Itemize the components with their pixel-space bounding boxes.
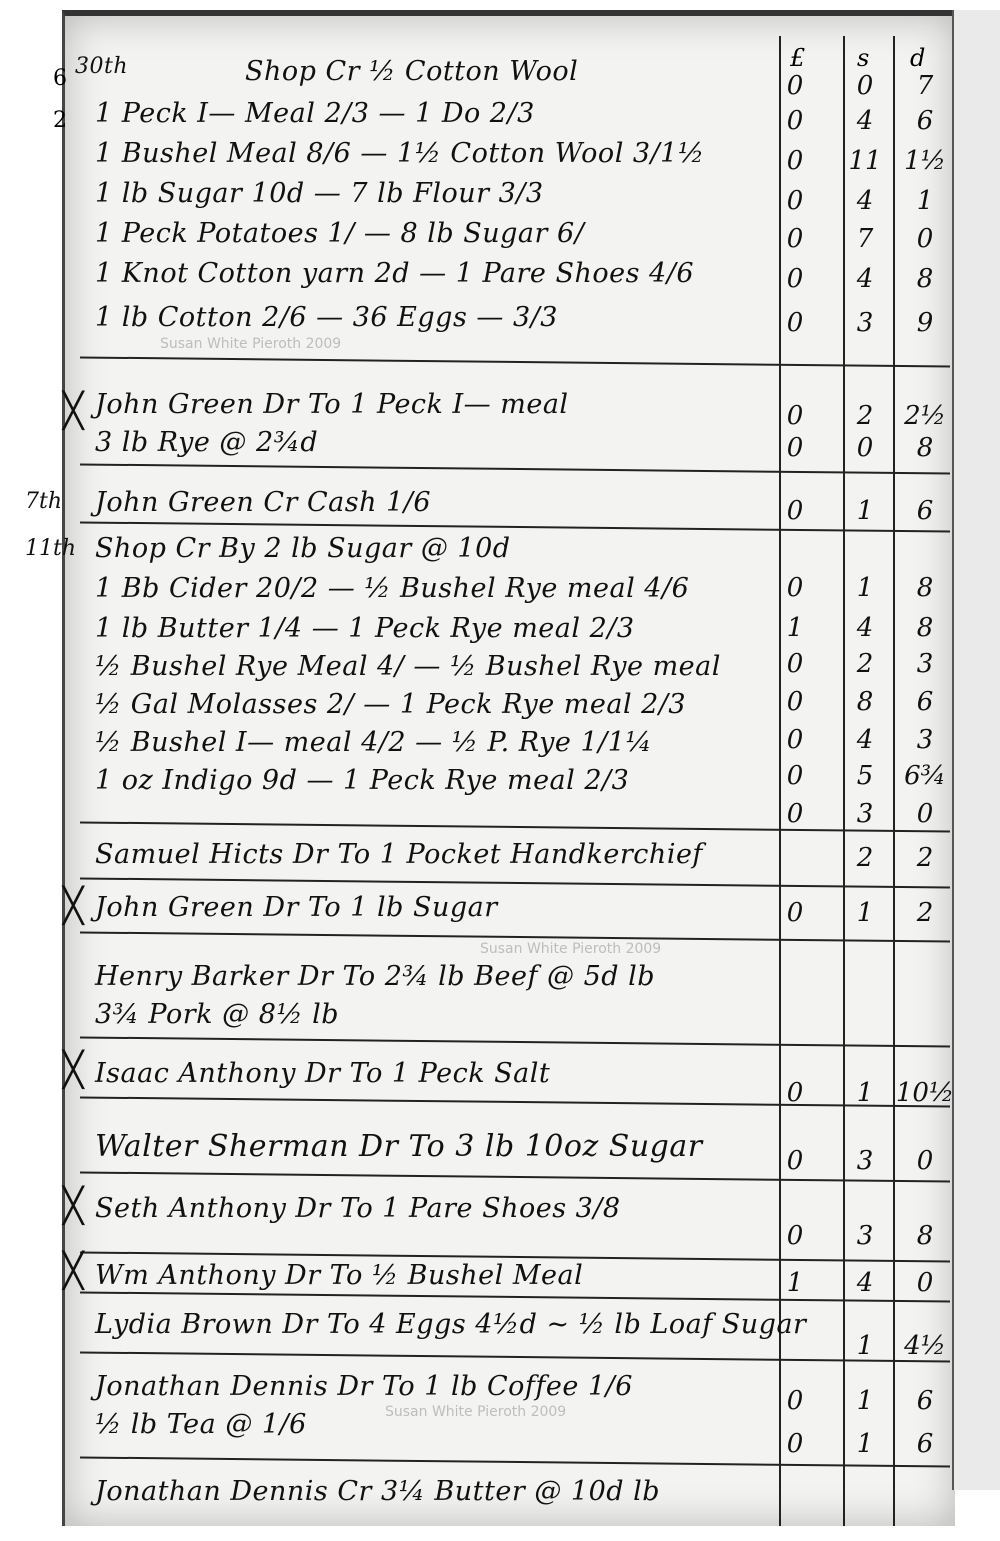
amount-pounds: 0 [765, 224, 825, 254]
amount-shillings: 3 [835, 1221, 895, 1251]
amount-shillings: 0 [835, 433, 895, 463]
amount-pence: 4½ [895, 1331, 955, 1361]
crossed-out-mark-icon: ╳ [63, 886, 83, 926]
amount-pounds: 0 [765, 1221, 825, 1251]
amount-pence: 6 [895, 1386, 955, 1416]
amount-pence: 8 [895, 613, 955, 643]
entry-line: 1 oz Indigo 9d — 1 Peck Rye meal 2/3 [95, 765, 629, 796]
amount-shillings: 3 [835, 799, 895, 829]
pence-header: d [910, 44, 925, 72]
adjacent-page-edge [952, 10, 1000, 1490]
amount-shillings: 3 [835, 1146, 895, 1176]
amount-pence: 1½ [895, 146, 955, 176]
entry-line: Isaac Anthony Dr To 1 Peck Salt [95, 1058, 550, 1089]
amount-shillings: 7 [835, 224, 895, 254]
entry-line: Jonathan Dennis Dr To 1 lb Coffee 1/6 [95, 1371, 633, 1402]
entry-line: 1 Bb Cider 20/2 — ½ Bushel Rye meal 4/6 [95, 573, 689, 604]
amount-pence: 0 [895, 1146, 955, 1176]
entry-line: Henry Barker Dr To 2¾ lb Beef @ 5d lb [95, 961, 655, 992]
entry-divider [80, 356, 950, 367]
amount-pounds: 0 [765, 725, 825, 755]
entry-line: 1 lb Butter 1/4 — 1 Peck Rye meal 2/3 [95, 613, 635, 644]
amount-pounds: 0 [765, 1386, 825, 1416]
amount-shillings: 4 [835, 264, 895, 294]
amount-shillings: 4 [835, 106, 895, 136]
amount-shillings: 4 [835, 186, 895, 216]
amount-pounds: 0 [765, 496, 825, 526]
amount-pounds: 0 [765, 433, 825, 463]
entry-line: Samuel Hicts Dr To 1 Pocket Handkerchief [95, 839, 703, 870]
amount-shillings: 0 [835, 71, 895, 101]
amount-shillings: 1 [835, 1386, 895, 1416]
entry-divider [80, 463, 950, 474]
amount-pence: 2½ [895, 401, 955, 431]
watermark: Susan White Pieroth 2009 [480, 941, 661, 957]
amount-pence: 0 [895, 799, 955, 829]
amount-shillings: 4 [835, 725, 895, 755]
amount-pence: 6¾ [895, 761, 955, 791]
amount-pence: 2 [895, 898, 955, 928]
entry-line: 3 lb Rye @ 2¾d [95, 427, 318, 458]
pounds-header: £ [790, 44, 805, 72]
amount-shillings: 1 [835, 573, 895, 603]
margin-note: 6 [53, 66, 67, 91]
entry-line: 3¾ Pork @ 8½ lb [95, 999, 339, 1030]
amount-pence: 3 [895, 725, 955, 755]
amount-pence: 0 [895, 1268, 955, 1298]
entry-line: Jonathan Dennis Cr 3¼ Butter @ 10d lb [95, 1476, 660, 1507]
amount-pounds: 0 [765, 687, 825, 717]
margin-note: 2 [53, 108, 67, 133]
amount-pounds: 0 [765, 401, 825, 431]
amount-pounds: 0 [765, 898, 825, 928]
amount-pounds: 0 [765, 649, 825, 679]
amount-shillings: 5 [835, 761, 895, 791]
entry-line: ½ Gal Molasses 2/ — 1 Peck Rye meal 2/3 [95, 689, 686, 720]
amount-pence: 6 [895, 496, 955, 526]
amount-shillings: 2 [835, 649, 895, 679]
entry-line: 1 lb Sugar 10d — 7 lb Flour 3/3 [95, 178, 544, 209]
crossed-out-mark-icon: ╳ [63, 1251, 83, 1291]
amount-pence: 8 [895, 573, 955, 603]
amount-pence: 10½ [895, 1078, 955, 1108]
amount-pounds: 0 [765, 573, 825, 603]
entry-line: John Green Dr To 1 lb Sugar [95, 892, 498, 923]
amount-shillings: 4 [835, 613, 895, 643]
entry-line: Shop Cr ½ Cotton Wool [245, 56, 578, 87]
amount-pence: 7 [895, 71, 955, 101]
entry-line: Walter Sherman Dr To 3 lb 10oz Sugar [95, 1129, 703, 1164]
crossed-out-mark-icon: ╳ [63, 391, 83, 431]
amount-pounds: 1 [765, 1268, 825, 1298]
amount-shillings: 8 [835, 687, 895, 717]
amount-pounds: 0 [765, 71, 825, 101]
entry-line: Seth Anthony Dr To 1 Pare Shoes 3/8 [95, 1193, 621, 1224]
entry-line: 1 Bushel Meal 8/6 — 1½ Cotton Wool 3/1½ [95, 138, 705, 169]
amount-shillings: 11 [835, 146, 895, 176]
entry-line: John Green Dr To 1 Peck I— meal [95, 389, 569, 420]
entry-line: 1 Peck I— Meal 2/3 — 1 Do 2/3 [95, 98, 535, 129]
amount-shillings: 2 [835, 843, 895, 873]
entry-line: ½ Bushel Rye Meal 4/ — ½ Bushel Rye meal [95, 651, 721, 682]
amount-pence: 3 [895, 649, 955, 679]
entry-divider [80, 877, 950, 888]
amount-pounds: 0 [765, 761, 825, 791]
amount-pounds: 0 [765, 1146, 825, 1176]
amount-shillings: 1 [835, 496, 895, 526]
entry-date: 30th [75, 54, 128, 79]
entry-line: Lydia Brown Dr To 4 Eggs 4½d ~ ½ lb Loaf… [95, 1309, 806, 1340]
amount-pence: 0 [895, 224, 955, 254]
entry-line: John Green Cr Cash 1/6 [95, 487, 431, 518]
entry-line: 1 Peck Potatoes 1/ — 8 lb Sugar 6/ [95, 218, 584, 249]
amount-pence: 6 [895, 106, 955, 136]
amount-pence: 6 [895, 687, 955, 717]
amount-pence: 1 [895, 186, 955, 216]
amount-pence: 8 [895, 1221, 955, 1251]
crossed-out-mark-icon: ╳ [63, 1050, 83, 1090]
amount-shillings: 1 [835, 1429, 895, 1459]
amount-pounds: 0 [765, 264, 825, 294]
watermark: Susan White Pieroth 2009 [160, 336, 341, 352]
amount-shillings: 2 [835, 401, 895, 431]
amount-pence: 9 [895, 308, 955, 338]
amount-pence: 8 [895, 433, 955, 463]
entry-line: Wm Anthony Dr To ½ Bushel Meal [95, 1260, 583, 1291]
amount-pence: 2 [895, 843, 955, 873]
entry-line: ½ Bushel I— meal 4/2 — ½ P. Rye 1/1¼ [95, 727, 652, 758]
shillings-header: s [857, 44, 869, 72]
entry-divider [80, 1036, 950, 1047]
amount-shillings: 1 [835, 898, 895, 928]
entry-line: 1 Knot Cotton yarn 2d — 1 Pare Shoes 4/6 [95, 258, 694, 289]
ledger-page: £ s d 6 2 30th Shop Cr ½ Cotton Wool 1 P… [62, 10, 955, 1526]
amount-shillings: 3 [835, 308, 895, 338]
entry-divider [80, 1351, 950, 1362]
amount-pounds: 1 [765, 613, 825, 643]
entry-date: 11th [25, 536, 76, 561]
amount-pounds: 0 [765, 146, 825, 176]
crossed-out-mark-icon: ╳ [63, 1186, 83, 1226]
entry-line: ½ lb Tea @ 1/6 [95, 1409, 307, 1440]
entry-date: 7th [25, 489, 62, 514]
amount-pounds: 0 [765, 1429, 825, 1459]
watermark: Susan White Pieroth 2009 [385, 1404, 566, 1420]
amount-pence: 8 [895, 264, 955, 294]
amount-pence: 6 [895, 1429, 955, 1459]
amount-shillings: 4 [835, 1268, 895, 1298]
entry-line: 1 lb Cotton 2/6 — 36 Eggs — 3/3 [95, 302, 558, 333]
amount-pounds: 0 [765, 308, 825, 338]
entry-line: Shop Cr By 2 lb Sugar @ 10d [95, 533, 511, 564]
amount-pounds: 0 [765, 186, 825, 216]
amount-pounds: 0 [765, 106, 825, 136]
amount-pounds: 0 [765, 799, 825, 829]
amount-shillings: 1 [835, 1331, 895, 1361]
